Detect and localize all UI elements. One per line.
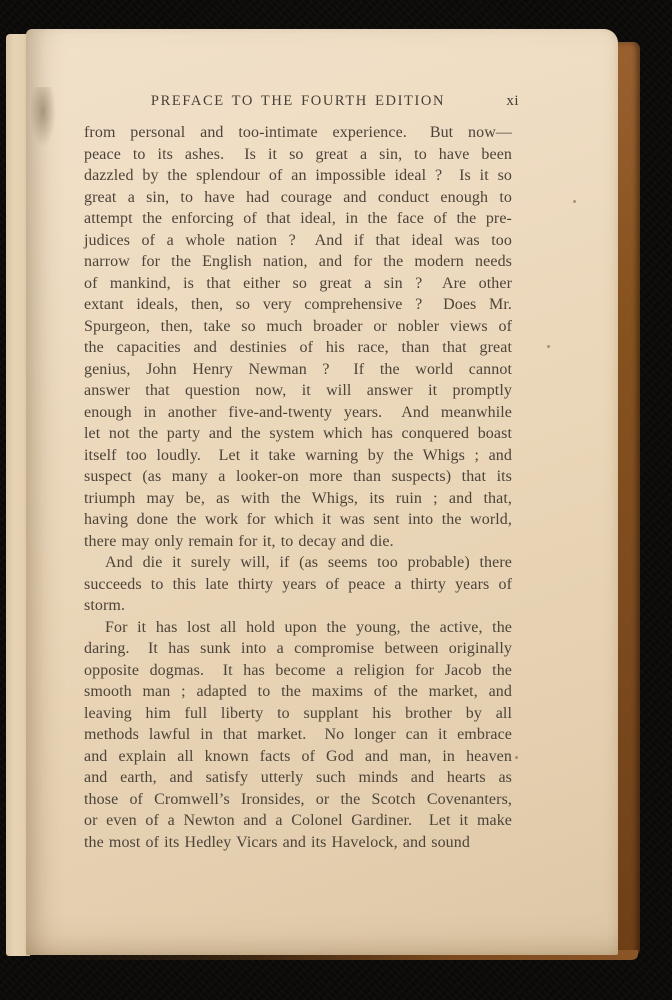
text-line: suspect (as many a looker-on more than s… bbox=[84, 466, 512, 488]
text-line: the capacities and destinies of his race… bbox=[84, 337, 512, 359]
text-line: the most of its Hedley Vicars and its Ha… bbox=[84, 832, 512, 854]
text-block: from personal and too-intimate experienc… bbox=[84, 122, 512, 853]
text-line: and explain all known facts of God and m… bbox=[84, 746, 512, 768]
text-line: leaving him full liberty to supplant his… bbox=[84, 703, 512, 725]
text-line: attempt the enforcing of that ideal, in … bbox=[84, 208, 512, 230]
text-line: And die it surely will, if (as seems too… bbox=[84, 552, 512, 574]
text-line: judices of a whole nation ? And if that … bbox=[84, 230, 512, 252]
header-title: PREFACE TO THE FOURTH EDITION bbox=[84, 91, 512, 111]
text-line: from personal and too-intimate experienc… bbox=[84, 122, 512, 144]
text-line: methods lawful in that market. No longer… bbox=[84, 724, 512, 746]
text-line: succeeds to this late thirty years of pe… bbox=[84, 574, 512, 596]
text-line: enough in another five-and-twenty years.… bbox=[84, 402, 512, 424]
text-line: of mankind, is that either so great a si… bbox=[84, 273, 512, 295]
text-line: triumph may be, as with the Whigs, its r… bbox=[84, 488, 512, 510]
dust-speck bbox=[547, 345, 550, 348]
text-line: peace to its ashes. Is it so great a sin… bbox=[84, 144, 512, 166]
dust-speck bbox=[515, 756, 518, 759]
text-line: dazzled by the splendour of an impossibl… bbox=[84, 165, 512, 187]
text-line: For it has lost all hold upon the young,… bbox=[84, 617, 512, 639]
text-line: Spurgeon, then, take so much broader or … bbox=[84, 316, 512, 338]
text-line: smooth man ; adapted to the maxims of th… bbox=[84, 681, 512, 703]
text-line: opposite dogmas. It has become a religio… bbox=[84, 660, 512, 682]
text-line: having done the work for which it was se… bbox=[84, 509, 512, 531]
text-line: itself too loudly. Let it take warning b… bbox=[84, 445, 512, 467]
dust-speck bbox=[573, 200, 576, 203]
text-line: genius, John Henry Newman ? If the world… bbox=[84, 359, 512, 381]
text-line: there may only remain for it, to decay a… bbox=[84, 531, 512, 553]
book-page: PREFACE TO THE FOURTH EDITION xi from pe… bbox=[26, 29, 618, 955]
text-line: storm. bbox=[84, 595, 512, 617]
text-line: daring. It has sunk into a compromise be… bbox=[84, 638, 512, 660]
text-line: great a sin, to have had courage and con… bbox=[84, 187, 512, 209]
text-line: extant ideals, then, so very comprehensi… bbox=[84, 294, 512, 316]
text-column: PREFACE TO THE FOURTH EDITION xi from pe… bbox=[84, 91, 512, 853]
page-number: xi bbox=[506, 91, 519, 111]
text-line: answer that question now, it will answer… bbox=[84, 380, 512, 402]
text-line: or even of a Newton and a Colonel Gardin… bbox=[84, 810, 512, 832]
text-line: and earth, and satisfy utterly such mind… bbox=[84, 767, 512, 789]
text-line: narrow for the English nation, and for t… bbox=[84, 251, 512, 273]
text-line: let not the party and the system which h… bbox=[84, 423, 512, 445]
photo-background: { "scene": { "description": "photograph … bbox=[0, 0, 672, 1000]
running-header: PREFACE TO THE FOURTH EDITION xi bbox=[84, 91, 512, 111]
gutter-shadow bbox=[30, 87, 56, 147]
text-line: those of Cromwell’s Ironsides, or the Sc… bbox=[84, 789, 512, 811]
